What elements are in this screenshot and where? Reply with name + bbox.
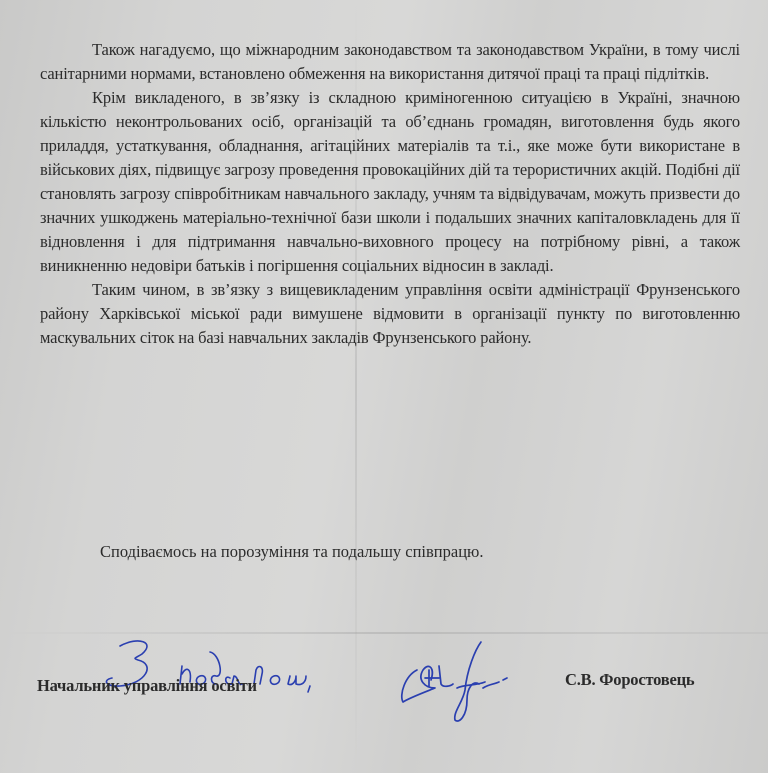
signature [395, 640, 515, 725]
closing-line: Сподіваємось на порозуміння та подальшу … [100, 540, 484, 564]
letter-body: Також нагадуємо, що міжнародним законода… [40, 38, 740, 350]
signatory-name: С.В. Форостовець [565, 670, 694, 690]
paragraph-security-risks: Крім викладеного, в зв’язку із складною … [40, 86, 740, 278]
paragraph-refusal: Таким чином, в зв’язку з вищевикладеним … [40, 278, 740, 350]
signatory-title: Начальник управління освіти [37, 676, 257, 696]
paragraph-child-labor: Також нагадуємо, що міжнародним законода… [40, 38, 740, 86]
